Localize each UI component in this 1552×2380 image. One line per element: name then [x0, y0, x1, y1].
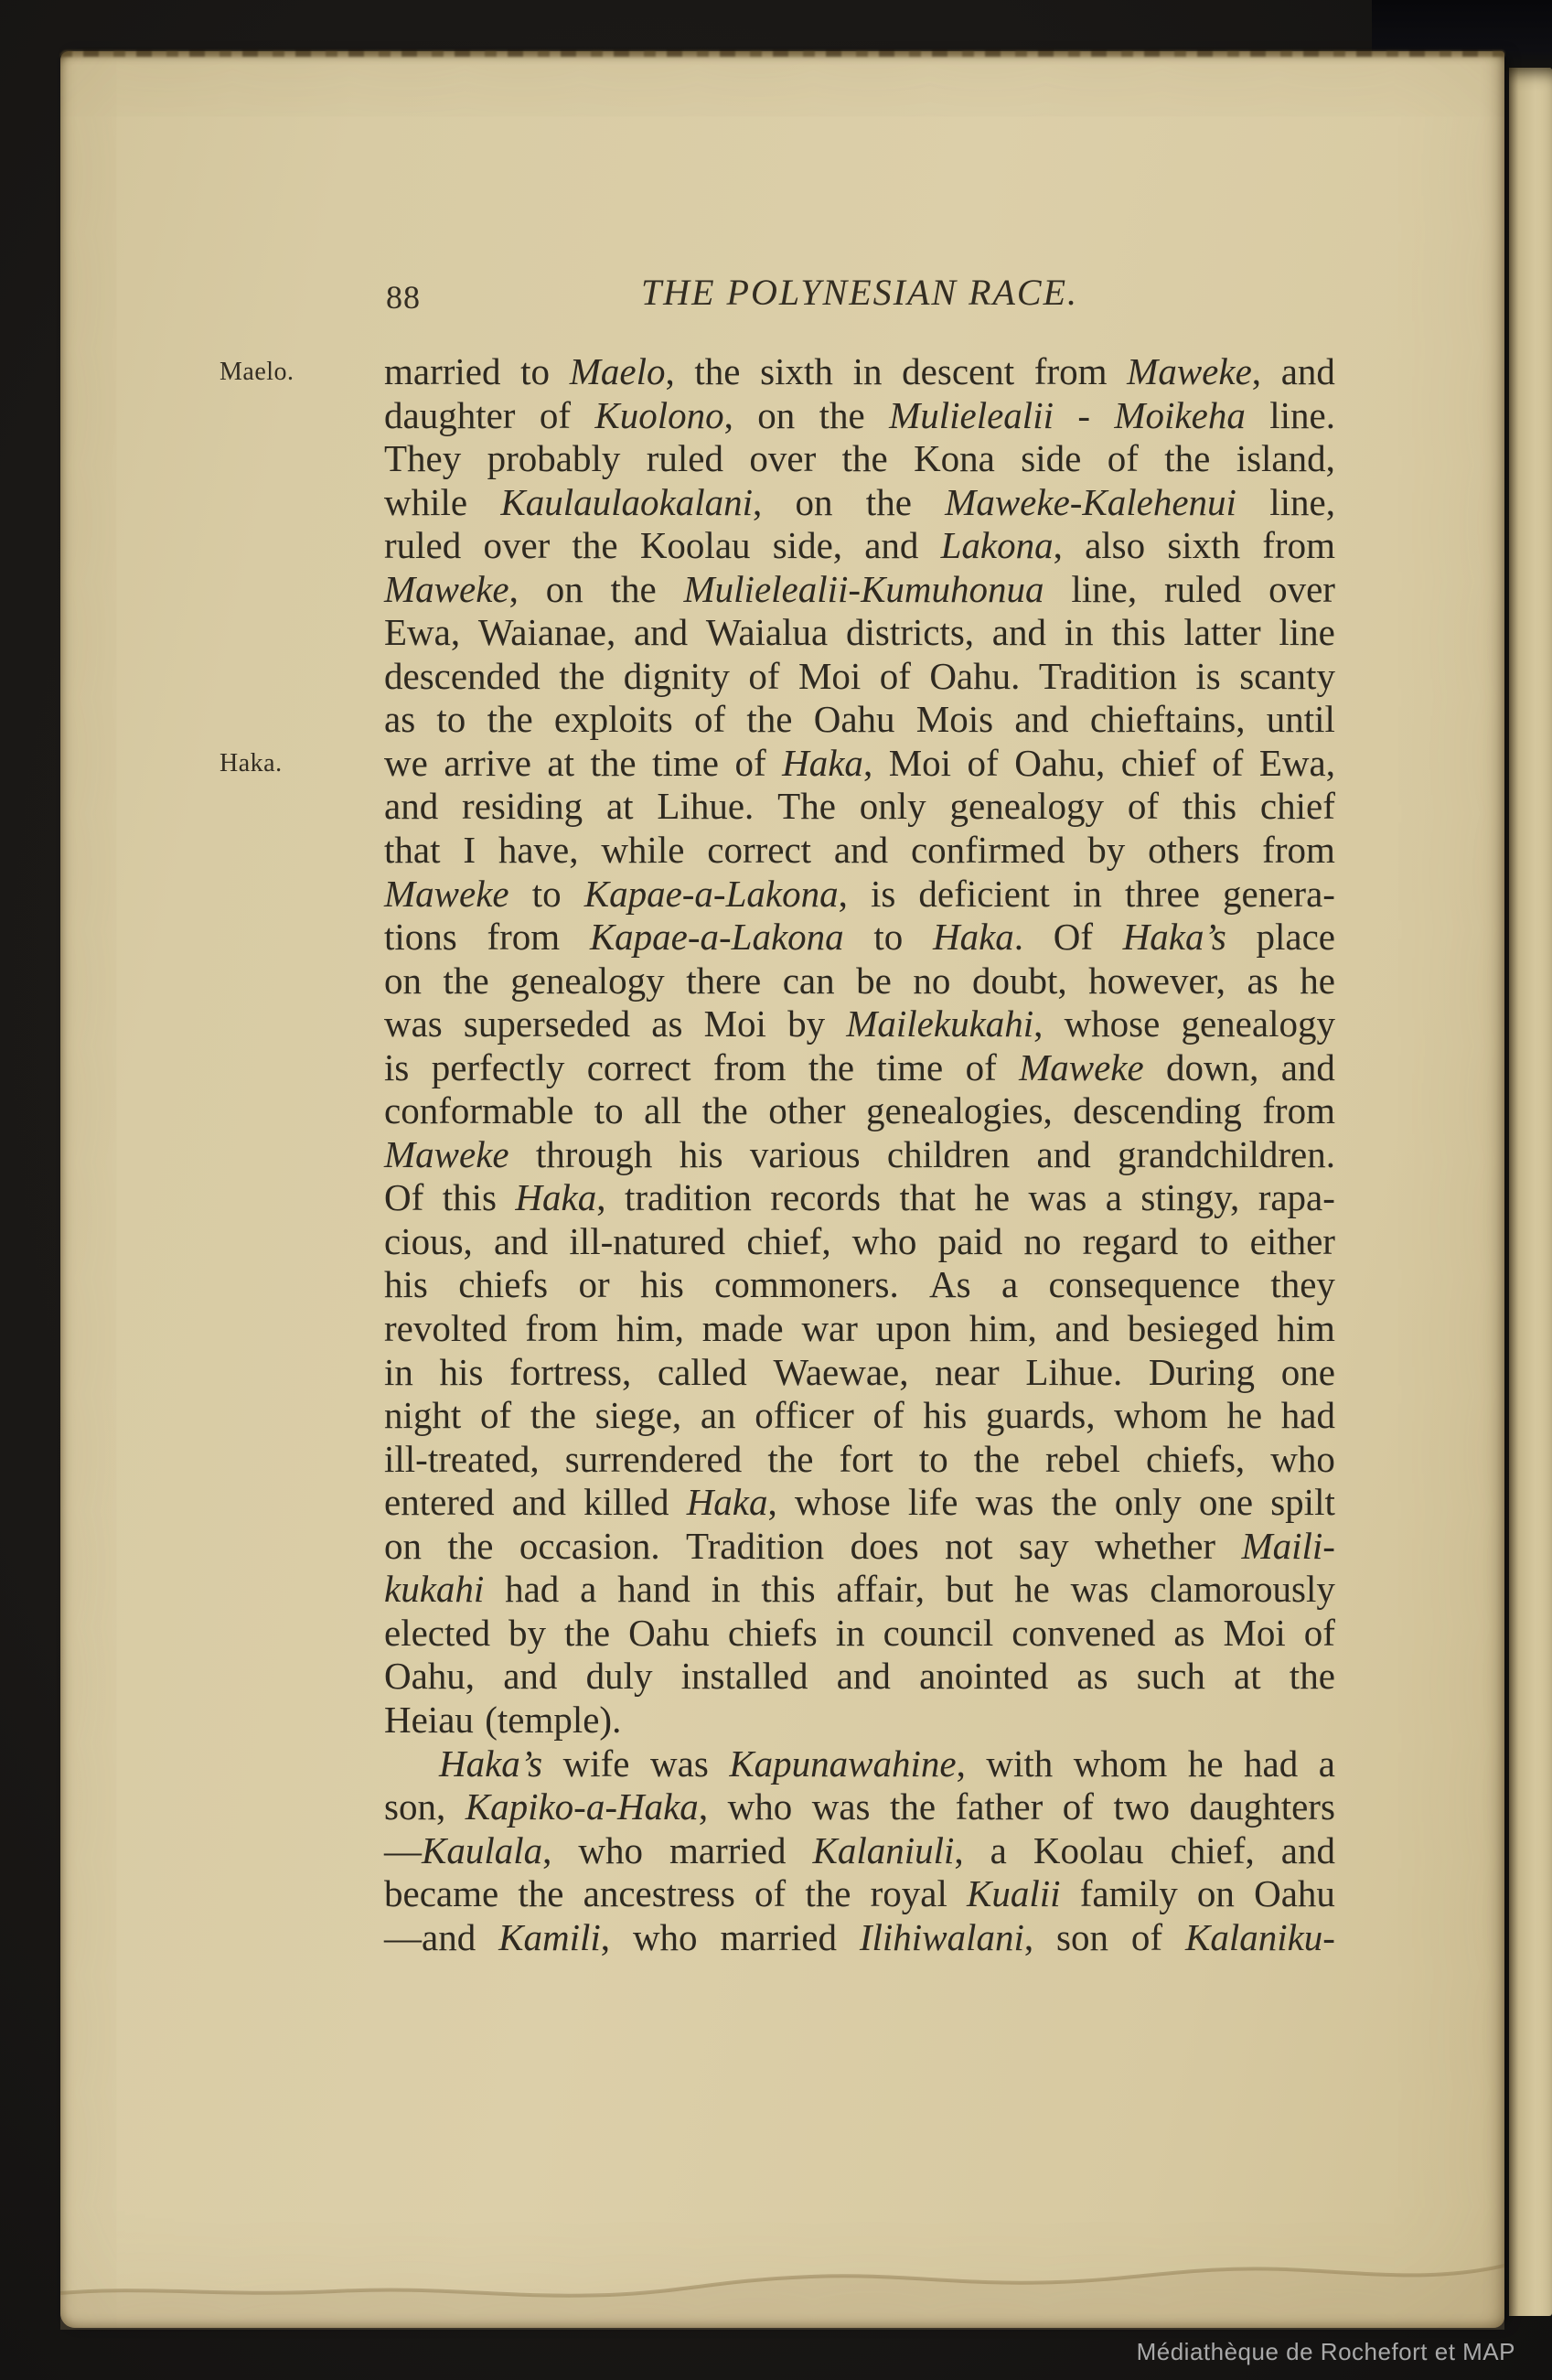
text-line: descendedthedignityofMoiofOahu.Tradition…	[384, 655, 1335, 699]
text-line: Heiau(temple).	[384, 1699, 1335, 1742]
text-line: Oahu,anddulyinstalledandanointedassuchat…	[384, 1655, 1335, 1699]
text-line: electedbytheOahuchiefsincouncilconveneda…	[384, 1612, 1335, 1656]
text-line: marriedtoMaelo,thesixthindescentfromMawe…	[384, 350, 1335, 394]
running-title: THE POLYNESIAN RACE.	[384, 271, 1335, 314]
text-line: son,Kapiko-a-Haka,whowasthefatheroftwoda…	[384, 1785, 1335, 1829]
text-line: ill-treated,surrenderedtheforttotherebel…	[384, 1438, 1335, 1482]
text-line: Haka’swifewasKapunawahine,withwhomhehada	[384, 1742, 1335, 1786]
body-text: marriedtoMaelo,thesixthindescentfromMawe…	[384, 350, 1335, 1959]
text-line: hischiefsorhiscommoners.Asaconsequenceth…	[384, 1263, 1335, 1307]
text-line: Ewa,Waianae,andWaialuadistricts,andinthi…	[384, 611, 1335, 655]
library-watermark: Médiathèque de Rochefort et MAP	[0, 2338, 1515, 2366]
margin-note: Haka.	[219, 749, 283, 778]
text-line: nightofthesiege,anofficerofhisguards,who…	[384, 1394, 1335, 1438]
text-line: tionsfromKapae-a-LakonatoHaka.OfHaka’spl…	[384, 916, 1335, 960]
text-line: Mawekethroughhisvariouschildrenandgrandc…	[384, 1133, 1335, 1177]
text-line: revoltedfromhim,madewaruponhim,andbesieg…	[384, 1307, 1335, 1351]
text-line: ruledovertheKoolauside,andLakona,alsosix…	[384, 524, 1335, 568]
underlying-page-edge	[1509, 68, 1552, 2316]
margin-note: Maelo.	[219, 358, 294, 387]
text-line: astotheexploitsoftheOahuMoisandchieftain…	[384, 698, 1335, 742]
text-line: Maweke,ontheMulielealii-Kumuhonualine,ru…	[384, 568, 1335, 612]
text-line: —andKamili,whomarriedIlihiwalani,sonofKa…	[384, 1916, 1335, 1960]
text-line: ontheoccasion.Traditiondoesnotsaywhether…	[384, 1525, 1335, 1569]
text-line: onthegenealogytherecanbenodoubt,however,…	[384, 960, 1335, 1003]
text-line: MaweketoKapae-a-Lakona,isdeficientinthre…	[384, 873, 1335, 917]
text-line: becametheancestressoftheroyalKualiifamil…	[384, 1872, 1335, 1916]
text-line: kukahihadahandinthisaffair,buthewasclamo…	[384, 1568, 1335, 1612]
book-page-scan: 88 THE POLYNESIAN RACE. Maelo.Haka. marr…	[60, 51, 1504, 2328]
text-line: enteredandkilledHaka,whoselifewastheonly…	[384, 1481, 1335, 1525]
text-line: conformabletoalltheothergenealogies,desc…	[384, 1089, 1335, 1133]
text-line: andresidingatLihue.Theonlygenealogyofthi…	[384, 785, 1335, 829]
text-line: whileKaulaulaokalani,ontheMaweke-Kalehen…	[384, 481, 1335, 525]
text-line: —Kaulala,whomarriedKalaniuli,aKoolauchie…	[384, 1829, 1335, 1873]
page-header: 88 THE POLYNESIAN RACE.	[384, 271, 1335, 322]
text-line: cious,andill-naturedchief,whopaidnoregar…	[384, 1220, 1335, 1264]
text-line: inhisfortress,calledWaewae,nearLihue.Dur…	[384, 1351, 1335, 1395]
text-line: wassupersededasMoibyMailekukahi,whosegen…	[384, 1002, 1335, 1046]
text-line: isperfectlycorrectfromthetimeofMawekedow…	[384, 1046, 1335, 1090]
text-line: daughterofKuolono,ontheMulielealii-Moike…	[384, 394, 1335, 438]
text-line: OfthisHaka,traditionrecordsthathewasasti…	[384, 1176, 1335, 1220]
text-line: wearriveatthetimeofHaka,MoiofOahu,chiefo…	[384, 742, 1335, 786]
water-stain	[60, 2229, 1504, 2330]
text-line: thatIhave,whilecorrectandconfirmedbyothe…	[384, 829, 1335, 873]
torn-page-top-edge	[60, 50, 1504, 57]
text-line: TheyprobablyruledovertheKonasideoftheisl…	[384, 437, 1335, 481]
